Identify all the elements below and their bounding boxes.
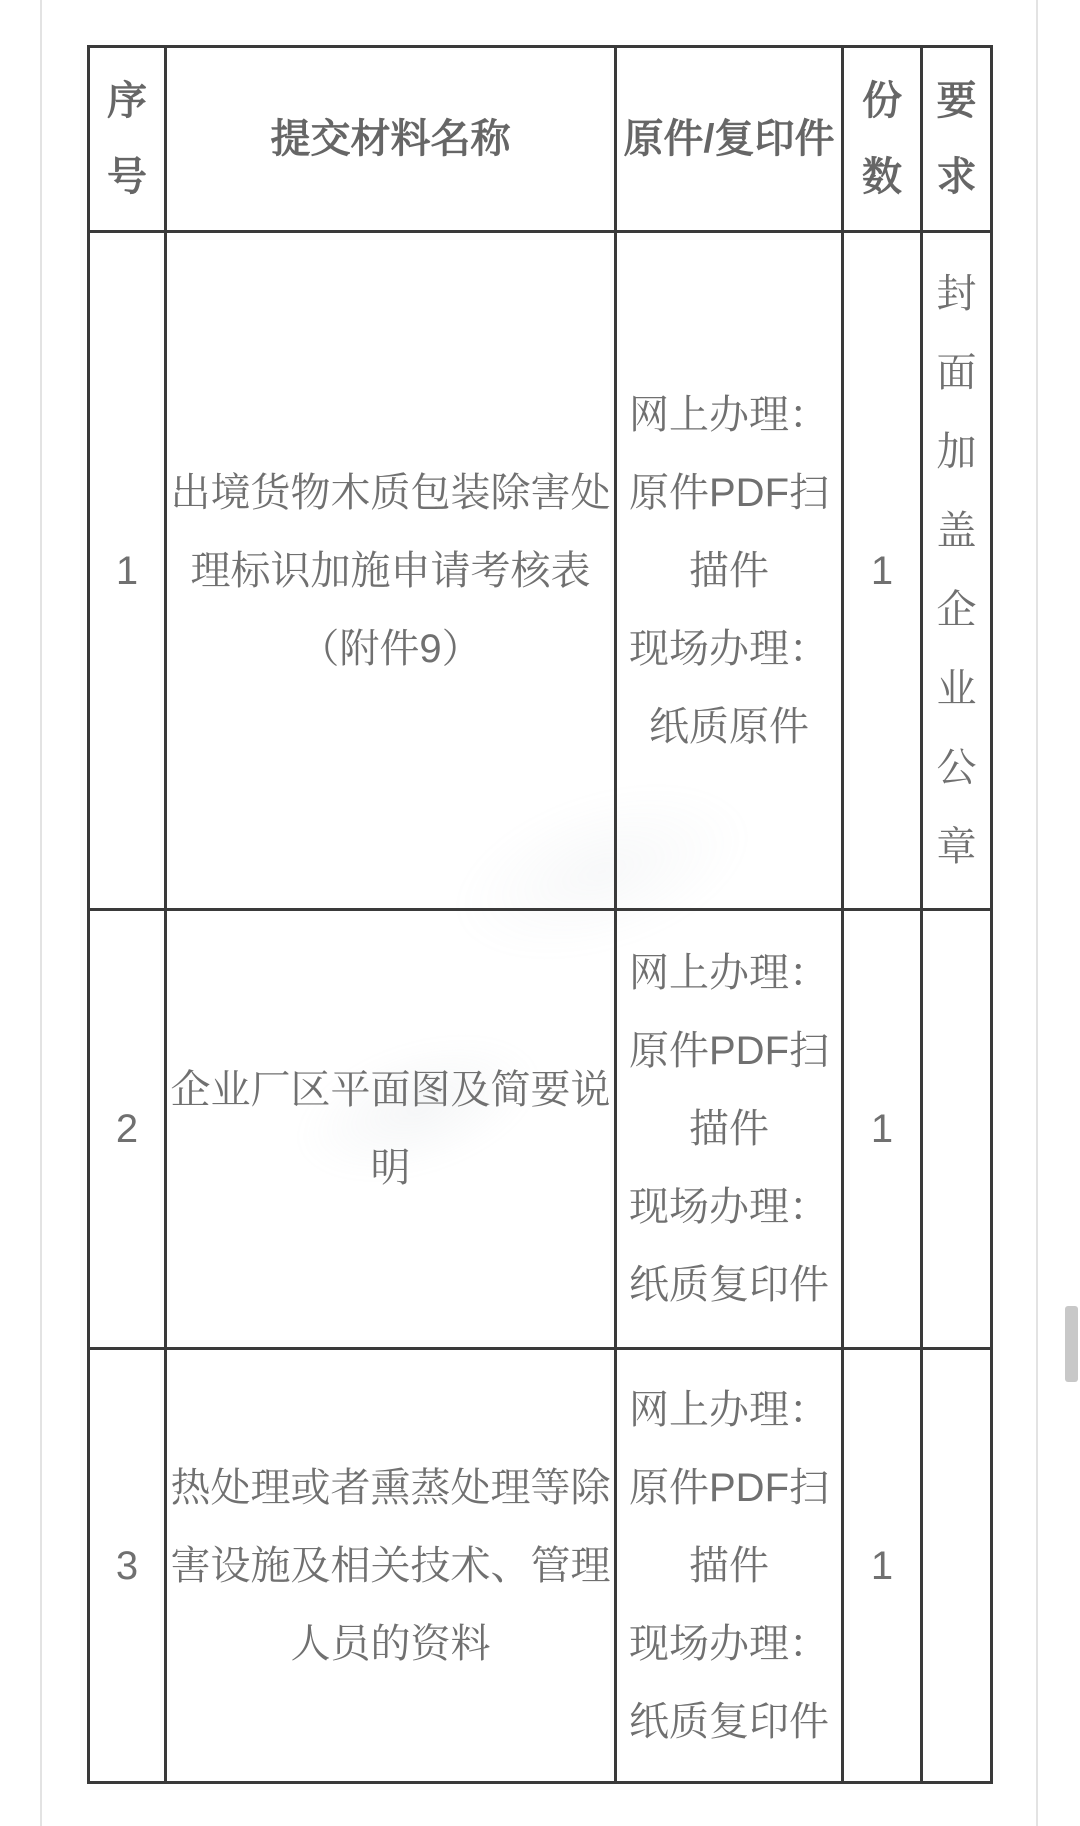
header-row: 序号 提交材料名称 原件/复印件 份数 要求 [89,47,992,232]
row-number: 2 [89,910,166,1349]
original-line: 原件PDF扫 [617,1012,841,1090]
original-line: 网上办理： [617,376,841,454]
original-line: 描件 [617,1090,841,1168]
material-name: 出境货物木质包装除害处 理标识加施申请考核表 （附件9） [166,232,616,910]
original-line: 描件 [617,532,841,610]
header-material-name: 提交材料名称 [166,47,616,232]
original-line: 原件PDF扫 [617,1449,841,1527]
original-line: 网上办理： [617,1371,841,1449]
table-row: 1 出境货物木质包装除害处 理标识加施申请考核表 （附件9） 网上办理： 原件P… [89,232,992,910]
scrollbar-thumb[interactable] [1065,1306,1078,1382]
material-name-line: 企业厂区平面图及简要说 [167,1051,614,1129]
material-name: 热处理或者熏蒸处理等除 害设施及相关技术、管理 人员的资料 [166,1349,616,1783]
copies-count: 1 [843,232,922,910]
material-name: 企业厂区平面图及简要说 明 [166,910,616,1349]
original-line: 纸质复印件 [617,1246,841,1324]
page-edge-left [40,0,42,1826]
original-or-copy: 网上办理： 原件PDF扫 描件 现场办理： 纸质原件 [616,232,843,910]
material-name-line: 明 [167,1129,614,1207]
original-line: 现场办理： [617,610,841,688]
header-copies: 份数 [843,47,922,232]
material-name-line: 热处理或者熏蒸处理等除 [167,1449,614,1527]
header-original-or-copy: 原件/复印件 [616,47,843,232]
original-line: 现场办理： [617,1605,841,1683]
material-name-line: 出境货物木质包装除害处 [167,454,614,532]
row-number: 1 [89,232,166,910]
copies-count: 1 [843,1349,922,1783]
original-line: 现场办理： [617,1168,841,1246]
material-name-line: 害设施及相关技术、管理 [167,1527,614,1605]
original-or-copy: 网上办理： 原件PDF扫 描件 现场办理： 纸质复印件 [616,1349,843,1783]
original-or-copy: 网上办理： 原件PDF扫 描件 现场办理： 纸质复印件 [616,910,843,1349]
material-name-line: 人员的资料 [167,1605,614,1683]
original-line: 描件 [617,1527,841,1605]
material-name-line: （附件9） [167,610,614,688]
materials-table: 序号 提交材料名称 原件/复印件 份数 要求 1 出境货物木质包装除害处 理标识… [87,45,993,1784]
header-requirement: 要求 [922,47,992,232]
original-line: 纸质复印件 [617,1683,841,1761]
copies-count: 1 [843,910,922,1349]
requirement: 封面加盖企业公章 [922,232,992,910]
material-name-line: 理标识加施申请考核表 [167,532,614,610]
header-no: 序号 [89,47,166,232]
original-line: 网上办理： [617,934,841,1012]
requirement [922,910,992,1349]
requirement [922,1349,992,1783]
requirement-text: 封面加盖企业公章 [923,255,990,887]
original-line: 纸质原件 [617,688,841,766]
original-line: 原件PDF扫 [617,454,841,532]
table-row: 3 热处理或者熏蒸处理等除 害设施及相关技术、管理 人员的资料 网上办理： 原件… [89,1349,992,1783]
page-edge-right [1036,0,1038,1826]
row-number: 3 [89,1349,166,1783]
table-row: 2 企业厂区平面图及简要说 明 网上办理： 原件PDF扫 描件 现场办理： 纸质… [89,910,992,1349]
